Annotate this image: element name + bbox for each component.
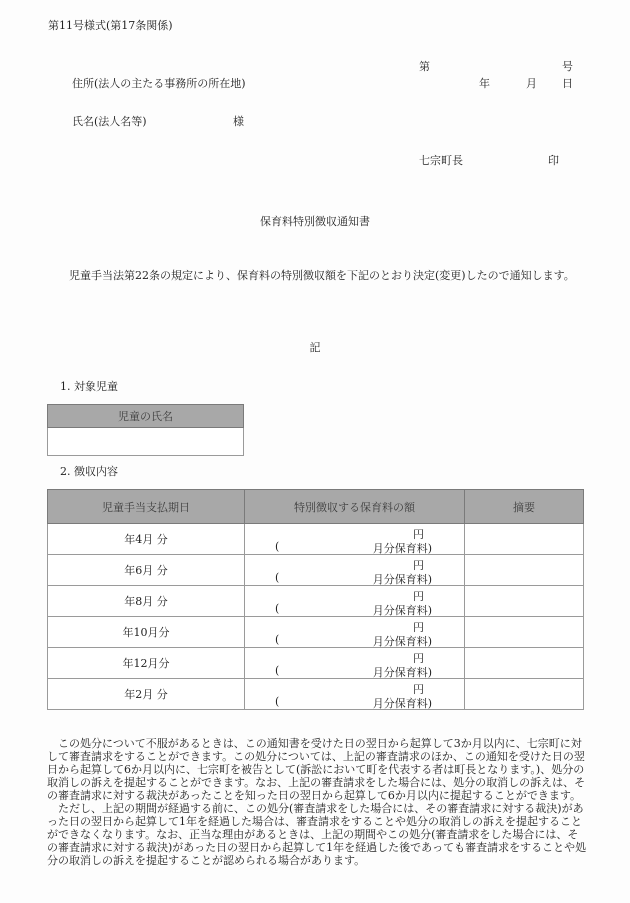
table-row: 年4月 分 円(月分保育料) (48, 524, 584, 555)
amount-cell[interactable]: 円(月分保育料) (245, 586, 465, 617)
notice-paragraph-2: ただし、上記の期間が経過する前に、この処分(審査請求をした場合には、その審査請求… (47, 802, 587, 867)
paren-open: ( (275, 695, 279, 708)
col-payment-date: 児童手当支払期日 (48, 490, 245, 524)
paren-open: ( (275, 664, 279, 677)
table-row: 年10月分 円(月分保育料) (48, 617, 584, 648)
table-row: 年2月 分 円(月分保育料) (48, 679, 584, 710)
amount-cell[interactable]: 円(月分保育料) (245, 648, 465, 679)
amount-cell[interactable]: 円(月分保育料) (245, 555, 465, 586)
section1-heading: 1. 対象児童 (60, 381, 118, 392)
ki-heading: 記 (0, 342, 630, 353)
period-cell: 年8月 分 (48, 586, 245, 617)
col-remarks: 摘要 (465, 490, 584, 524)
remarks-cell[interactable] (465, 555, 584, 586)
doc-number-prefix: 第 (419, 61, 430, 72)
table-header-row: 児童手当支払期日 特別徴収する保育料の額 摘要 (48, 490, 584, 524)
child-table: 児童の氏名 (47, 404, 244, 456)
child-name-cell[interactable] (48, 428, 244, 456)
date-year: 年 (479, 78, 490, 89)
period-cell: 年4月 分 (48, 524, 245, 555)
amount-cell[interactable]: 円(月分保育料) (245, 524, 465, 555)
remarks-cell[interactable] (465, 679, 584, 710)
col-amount: 特別徴収する保育料の額 (245, 490, 465, 524)
date-month: 月 (526, 78, 537, 89)
amount-cell[interactable]: 円(月分保育料) (245, 617, 465, 648)
month-fee-label: 月分保育料) (373, 695, 432, 711)
appeal-notice: この処分について不服があるときは、この通知書を受けた日の翌日から起算して3か月以… (47, 737, 587, 867)
paren-open: ( (275, 540, 279, 553)
remarks-cell[interactable] (465, 617, 584, 648)
notice-paragraph-1: この処分について不服があるときは、この通知書を受けた日の翌日から起算して3か月以… (47, 737, 587, 802)
table-row: 年6月 分 円(月分保育料) (48, 555, 584, 586)
amount-cell[interactable]: 円(月分保育料) (245, 679, 465, 710)
intro-paragraph: 児童手当法第22条の規定により、保育料の特別徴収額を下記のとおり決定(変更)した… (58, 268, 590, 283)
table-row: 年8月 分 円(月分保育料) (48, 586, 584, 617)
period-cell: 年2月 分 (48, 679, 245, 710)
doc-number-suffix: 号 (562, 61, 573, 72)
name-label: 氏名(法人名等) (72, 116, 147, 127)
honorific: 様 (233, 116, 244, 127)
collection-table: 児童手当支払期日 特別徴収する保育料の額 摘要 年4月 分 円(月分保育料) 年… (47, 489, 584, 710)
child-name-header: 児童の氏名 (48, 405, 244, 428)
period-cell: 年12月分 (48, 648, 245, 679)
remarks-cell[interactable] (465, 524, 584, 555)
date-day: 日 (562, 78, 573, 89)
table-row: 年12月分 円(月分保育料) (48, 648, 584, 679)
remarks-cell[interactable] (465, 586, 584, 617)
paren-open: ( (275, 602, 279, 615)
period-cell: 年6月 分 (48, 555, 245, 586)
period-cell: 年10月分 (48, 617, 245, 648)
issuer: 七宗町長 (419, 155, 463, 166)
seal-mark: 印 (548, 155, 559, 166)
form-number: 第11号様式(第17条関係) (48, 20, 173, 31)
remarks-cell[interactable] (465, 648, 584, 679)
paren-open: ( (275, 571, 279, 584)
address-label: 住所(法人の主たる事務所の所在地) (72, 78, 246, 89)
paren-open: ( (275, 633, 279, 646)
section2-heading: 2. 徴収内容 (60, 466, 118, 477)
document-title: 保育料特別徴収通知書 (0, 216, 630, 227)
